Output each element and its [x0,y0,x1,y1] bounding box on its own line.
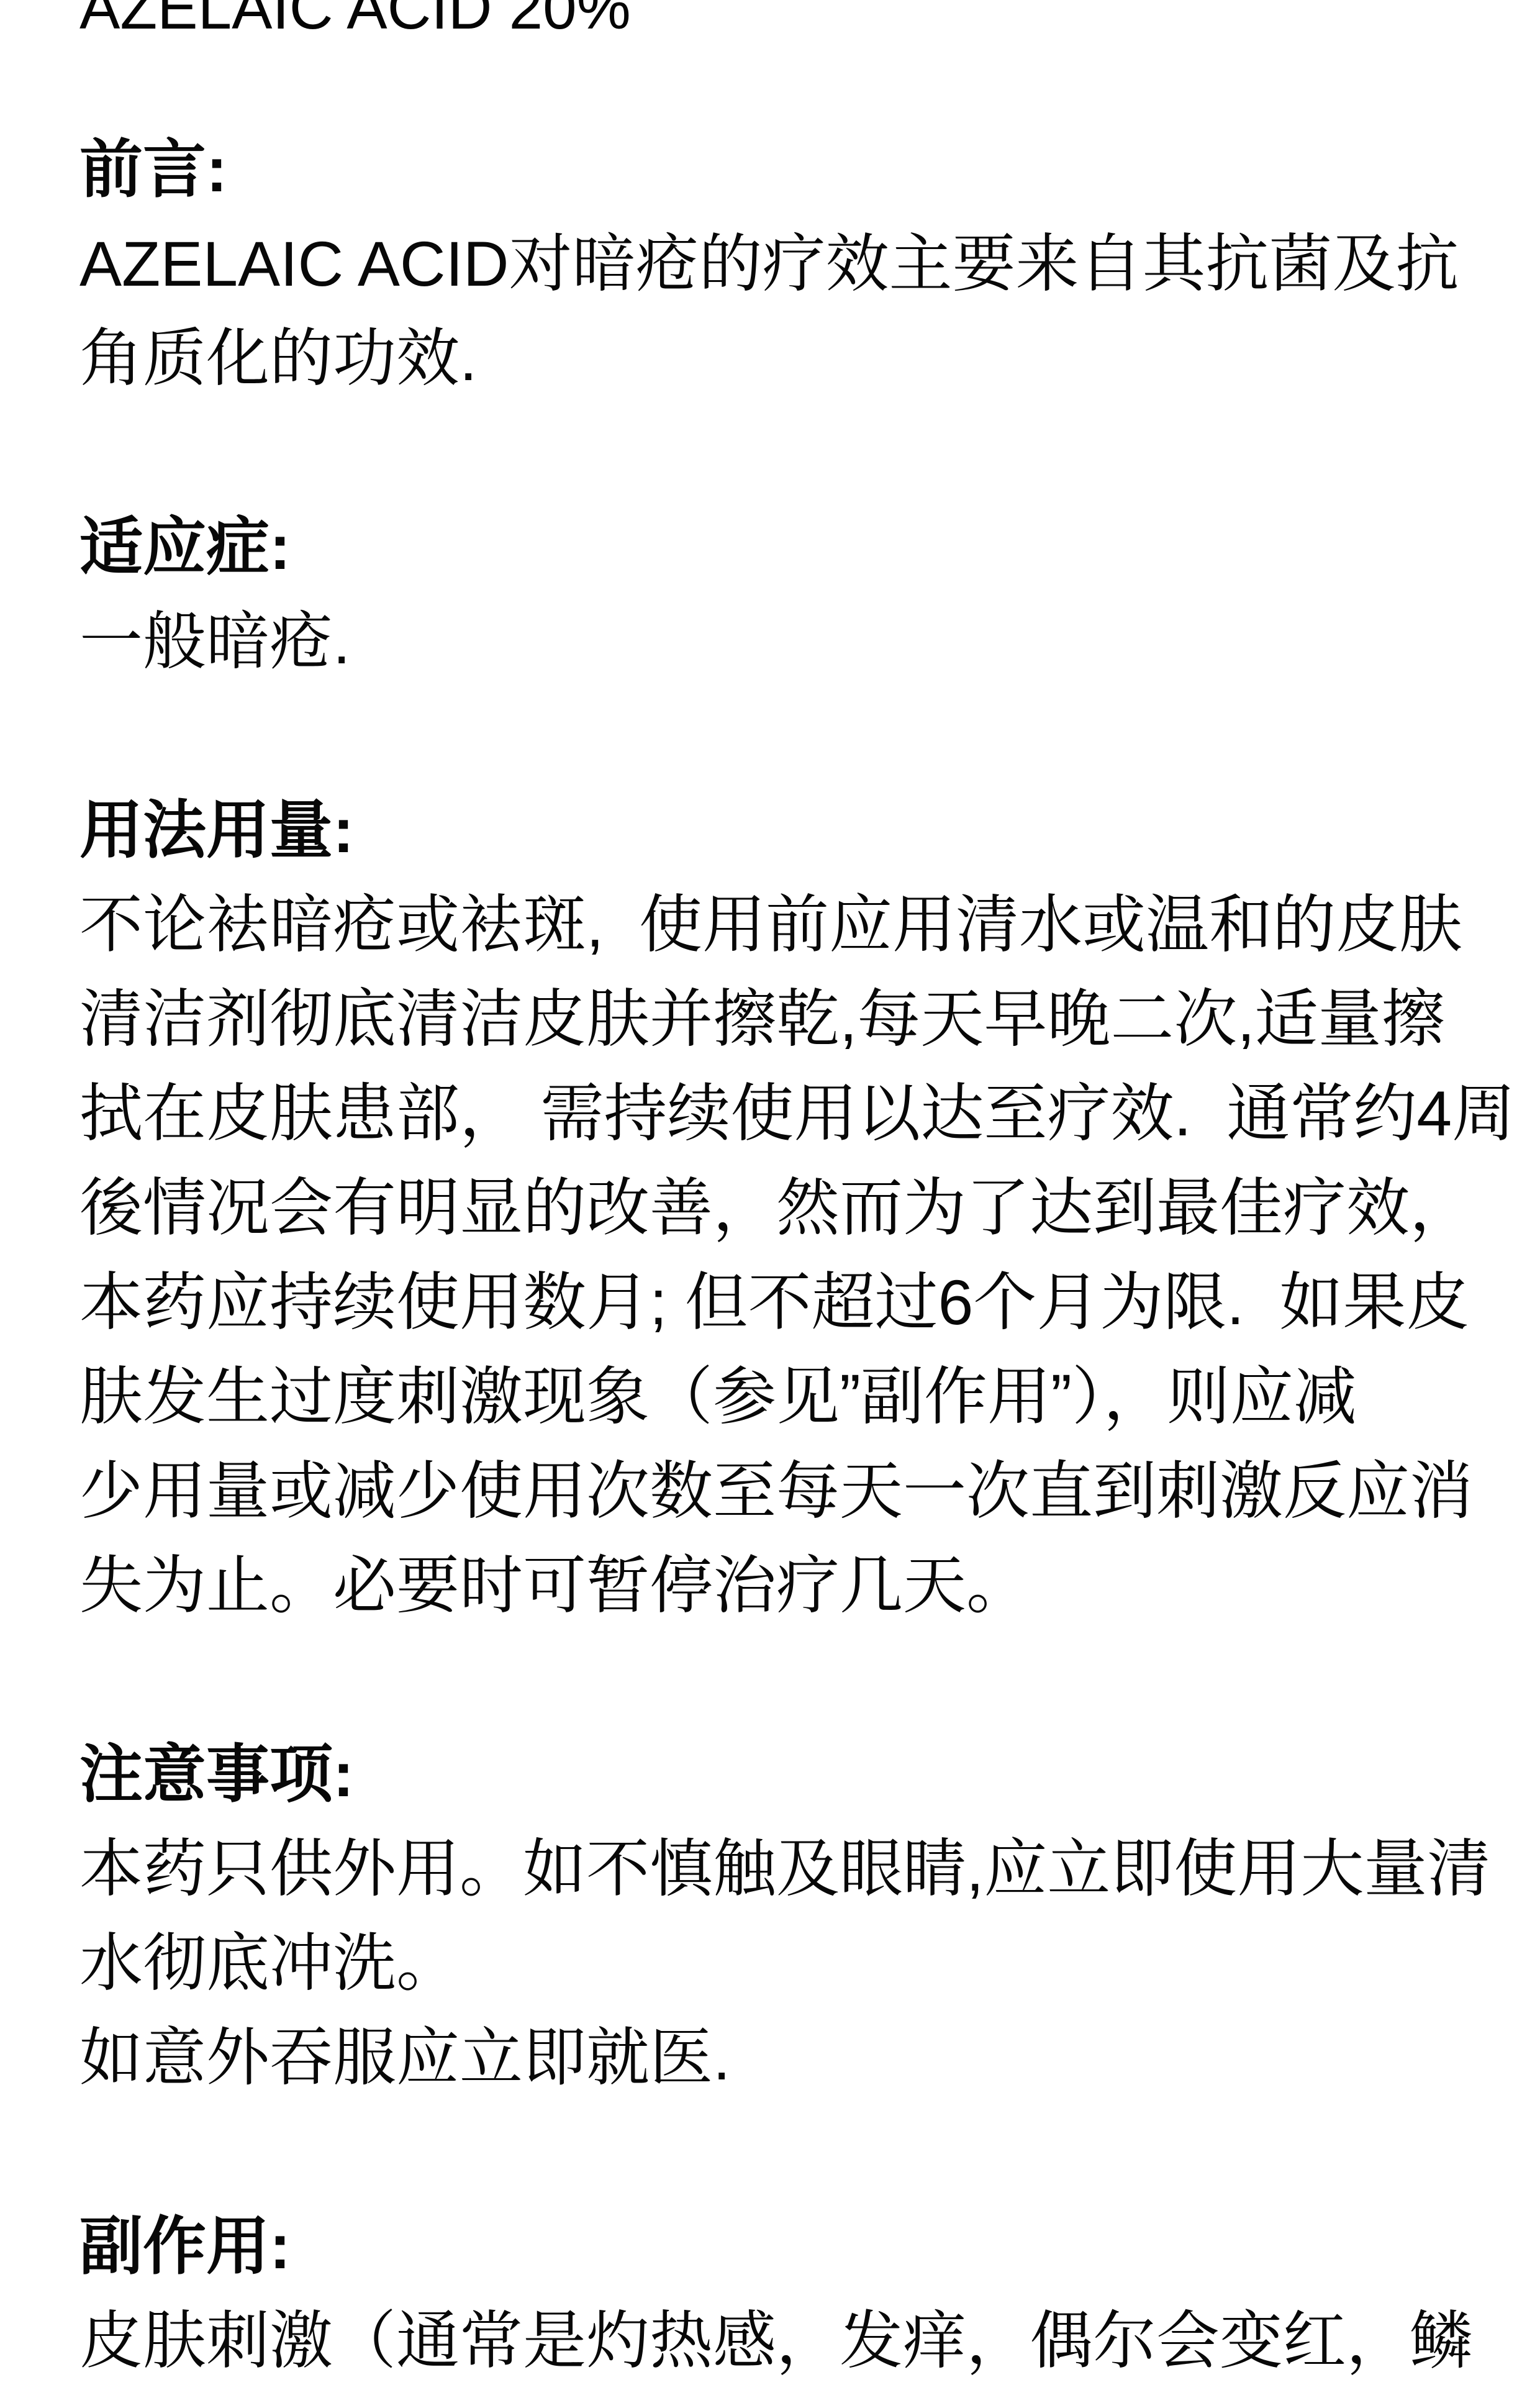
indications-text-line: 一般暗疮. [79,594,1540,689]
section-heading-side-effects: 副作用: [79,2199,1540,2294]
dosage-text-line: 後情况会有明显的改善，然而为了达到最佳疗效， [79,1161,1540,1255]
section-heading-indications: 适应症: [79,500,1540,594]
spacer [79,689,1540,783]
dosage-text-line: 清洁剂彻底清洁皮肤并擦乾,每天早晚二次,适量擦 [79,972,1540,1066]
dosage-text-line: 拭在皮肤患部， 需持续使用以达至疗效. 通常约4周 [79,1066,1540,1161]
side-effects-text-line: 皮肤刺激（通常是灼热感，发痒，偶尔会变红，鳞 [79,2294,1540,2385]
dosage-text-line: 少用量或减少使用次数至每天一次直到刺激反应消 [79,1444,1540,1538]
spacer [79,406,1540,500]
precautions-text-line: 水彻底冲洗。 [79,1916,1540,2010]
spacer [79,2105,1540,2199]
product-title: AZELAIC ACID 20% [79,0,1540,15]
spacer [79,1633,1540,1727]
precautions-text-line: 如意外吞服应立即就医. [79,2010,1540,2105]
leaflet-page: AZELAIC ACID 20% 前言: AZELAIC ACID对暗疮的疗效主… [0,0,1540,2385]
precautions-text-line: 本药只供外用。如不慎触及眼睛,应立即使用大量清 [79,1822,1540,1916]
dosage-text-line: 肤发生过度刺激现象（参见”副作用”），则应减 [79,1350,1540,1444]
section-heading-precautions: 注意事项: [79,1727,1540,1822]
dosage-text-line: 本药应持续使用数月; 但不超过6个月为限. 如果皮 [79,1255,1540,1350]
preface-text-line: 角质化的功效. [79,311,1540,406]
dosage-text-line: 失为止。必要时可暂停治疗几天。 [79,1538,1540,1633]
section-heading-dosage: 用法用量: [79,783,1540,878]
preface-text-line: AZELAIC ACID对暗疮的疗效主要来自其抗菌及抗 [79,217,1540,311]
dosage-text-line: 不论袪暗疮或袪斑, 使用前应用清水或温和的皮肤 [79,878,1540,972]
section-heading-preface: 前言: [79,122,1540,217]
